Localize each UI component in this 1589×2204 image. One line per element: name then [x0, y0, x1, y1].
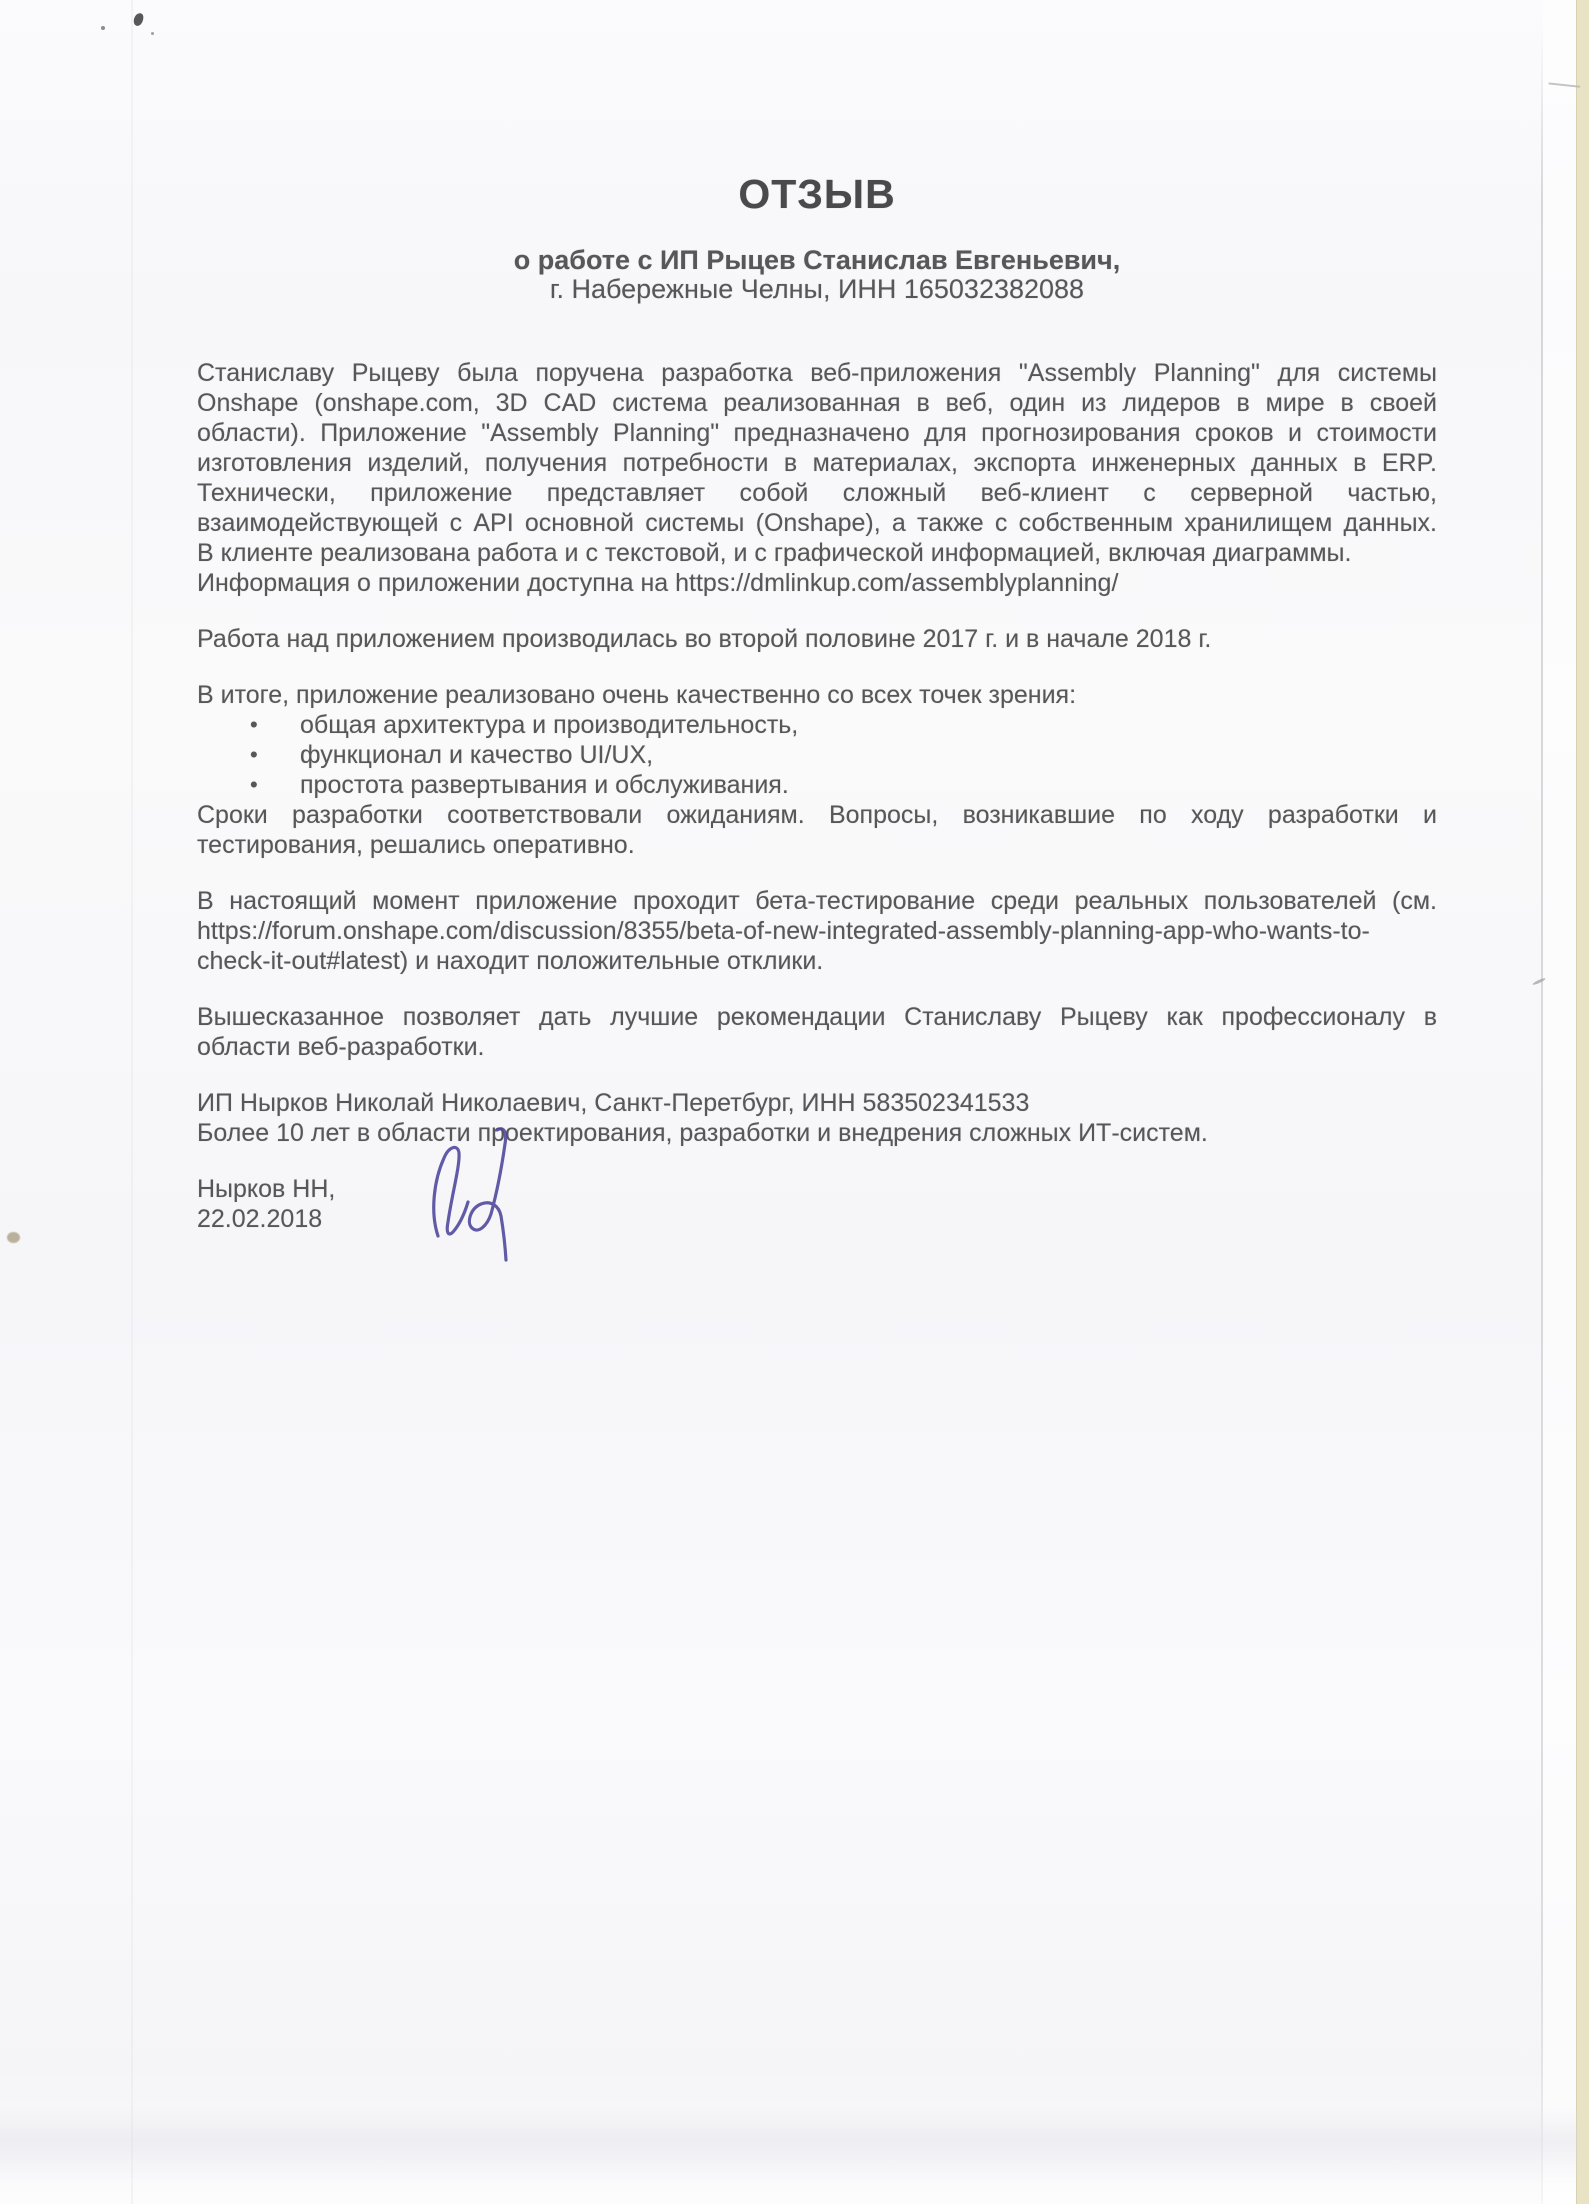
text-line: В итоге, приложение реализовано очень ка… [197, 680, 1437, 710]
text-line: области). Приложение "Assembly Planning"… [197, 418, 1437, 448]
scan-speck [151, 32, 154, 35]
scanned-document-page: ОТЗЫВ о работе с ИП Рыцев Станислав Евге… [0, 0, 1589, 2204]
text-line: В настоящий момент приложение проходит б… [197, 886, 1437, 916]
text-line-url: https://forum.onshape.com/discussion/835… [197, 916, 1437, 946]
text-line: изготовления изделий, получения потребно… [197, 448, 1437, 478]
handwritten-signature [410, 1124, 528, 1274]
text-line: Станиславу Рыцеву была поручена разработ… [197, 358, 1437, 388]
paragraph-2: Работа над приложением производилась во … [197, 624, 1437, 654]
bullet-marker: • [250, 770, 300, 800]
page-fold-highlight [1543, 0, 1578, 2204]
list-item: • функционал и качество UI/UX, [197, 740, 1437, 770]
signature-strokes [410, 1124, 528, 1274]
signature-block: Нырков НН, 22.02.2018 [197, 1174, 1437, 1234]
text-line: Технически, приложение представляет собо… [197, 478, 1437, 508]
list-item: • общая архитектура и производительность… [197, 710, 1437, 740]
text-line: Сроки разработки соответствовали ожидани… [197, 800, 1437, 830]
list-item-text: функционал и качество UI/UX, [300, 740, 653, 770]
list-item: • простота развертывания и обслуживания. [197, 770, 1437, 800]
list-item-text: простота развертывания и обслуживания. [300, 770, 789, 800]
paragraph-5: Вышесказанное позволяет дать лучшие реко… [197, 1002, 1437, 1062]
scan-shadow-band [0, 2106, 1578, 2184]
text-line: Вышесказанное позволяет дать лучшие реко… [197, 1002, 1437, 1032]
page-fold-line [1541, 28, 1543, 2204]
text-line-url: Информация о приложении доступна на http… [197, 568, 1437, 598]
scan-speck [133, 12, 145, 27]
text-line: Работа над приложением производилась во … [197, 624, 1437, 654]
document-title: ОТЗЫВ [197, 172, 1437, 216]
signer-name: Нырков НН, [197, 1174, 1437, 1204]
page-edge-strip [1576, 0, 1589, 2204]
text-line: check-it-out#latest) и находит положител… [197, 946, 1437, 976]
signature-date: 22.02.2018 [197, 1204, 1437, 1234]
text-line: взаимодействующей с API основной системы… [197, 508, 1437, 538]
bullet-marker: • [250, 740, 300, 770]
list-item-text: общая архитектура и производительность, [300, 710, 798, 740]
text-line: области веб-разработки. [197, 1032, 1437, 1062]
scan-speck [7, 1232, 20, 1243]
text-line: ИП Нырков Николай Николаевич, Санкт-Пере… [197, 1088, 1437, 1118]
document-subtitle: о работе с ИП Рыцев Станислав Евгеньевич… [197, 246, 1437, 304]
subtitle-line-1: о работе с ИП Рыцев Станислав Евгеньевич… [197, 246, 1437, 275]
text-line: В клиенте реализована работа и с текстов… [197, 538, 1437, 568]
subtitle-line-2: г. Набережные Челны, ИНН 165032382088 [197, 275, 1437, 304]
scanner-streak [131, 0, 133, 2204]
paragraph-3: В итоге, приложение реализовано очень ка… [197, 680, 1437, 860]
document-content: ОТЗЫВ о работе с ИП Рыцев Станислав Евге… [197, 0, 1437, 1234]
text-line: Onshape (onshape.com, 3D CAD система реа… [197, 388, 1437, 418]
paragraph-1: Станиславу Рыцеву была поручена разработ… [197, 358, 1437, 598]
text-line: Более 10 лет в области проектирования, р… [197, 1118, 1437, 1148]
scan-speck [101, 26, 105, 30]
bullet-marker: • [250, 710, 300, 740]
text-line: тестирования, решались оперативно. [197, 830, 1437, 860]
paragraph-6: ИП Нырков Николай Николаевич, Санкт-Пере… [197, 1088, 1437, 1148]
paragraph-4: В настоящий момент приложение проходит б… [197, 886, 1437, 976]
